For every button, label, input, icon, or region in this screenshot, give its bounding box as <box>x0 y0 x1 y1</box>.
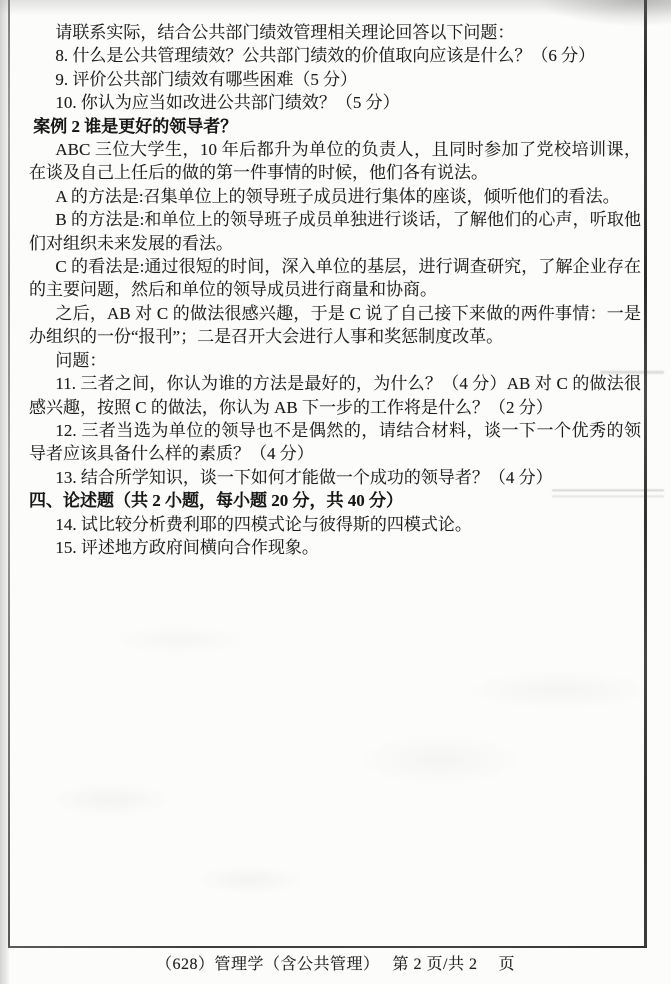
page-border-right <box>644 0 647 948</box>
method-a: A 的方法是:召集单位上的领导班子成员进行集体的座谈，倾听他们的看法。 <box>29 185 641 208</box>
case-2-followup: 之后，AB 对 C 的做法很感兴趣，于是 C 说了自己接下来做的两件事情：一是办… <box>29 302 641 349</box>
case-2-heading: 案例 2 谁是更好的领导者？ <box>29 115 641 138</box>
question-9: 9. 评价公共部门绩效有哪些困难（5 分） <box>29 68 641 91</box>
question-13: 13. 结合所学知识，谈一下如何才能做一个成功的领导者？（4 分） <box>29 466 641 489</box>
document-body: 请联系实际，结合公共部门绩效管理相关理论回答以下问题：8. 什么是公共管理绩效？… <box>29 21 641 559</box>
intro-line: 请联系实际，结合公共部门绩效管理相关理论回答以下问题： <box>29 21 641 44</box>
essay-section-heading: 四、论述题（共 2 小题，每小题 20 分，共 40 分） <box>29 489 641 512</box>
footer-text: （628）管理学（含公共管理） 第 2 页/共 2 页 <box>156 956 515 973</box>
page-border-bottom <box>8 946 647 948</box>
question-12: 12. 三者当选为单位的领导也不是偶然的，请结合材料，谈一下一个优秀的领导者应该… <box>29 419 641 466</box>
question-11: 11. 三者之间，你认为谁的方法是最好的，为什么？（4 分）AB 对 C 的做法… <box>29 372 641 419</box>
method-b: B 的方法是:和单位上的领导班子成员单独进行谈话，了解他们的心声，听取他们对组织… <box>29 208 641 255</box>
scan-edge-top <box>0 0 671 16</box>
questions-label: 问题： <box>29 349 641 372</box>
scanned-exam-page: 请联系实际，结合公共部门绩效管理相关理论回答以下问题：8. 什么是公共管理绩效？… <box>0 0 671 984</box>
question-8: 8. 什么是公共管理绩效？公共部门绩效的价值取向应该是什么？（6 分） <box>29 44 641 67</box>
method-c: C 的看法是:通过很短的时间，深入单位的基层，进行调查研究，了解企业存在的主要问… <box>29 255 641 302</box>
page-footer: （628）管理学（含公共管理） 第 2 页/共 2 页 <box>0 951 671 974</box>
page-border-left <box>8 0 10 948</box>
question-10: 10. 你认为应当如改进公共部门绩效？（5 分） <box>29 91 641 114</box>
question-14: 14. 试比较分析费利耶的四模式论与彼得斯的四模式论。 <box>29 513 641 536</box>
case-2-background: ABC 三位大学生，10 年后都升为单位的负责人，且同时参加了党校培训课，在谈及… <box>29 138 641 185</box>
question-15: 15. 评述地方政府间横向合作现象。 <box>29 536 641 559</box>
